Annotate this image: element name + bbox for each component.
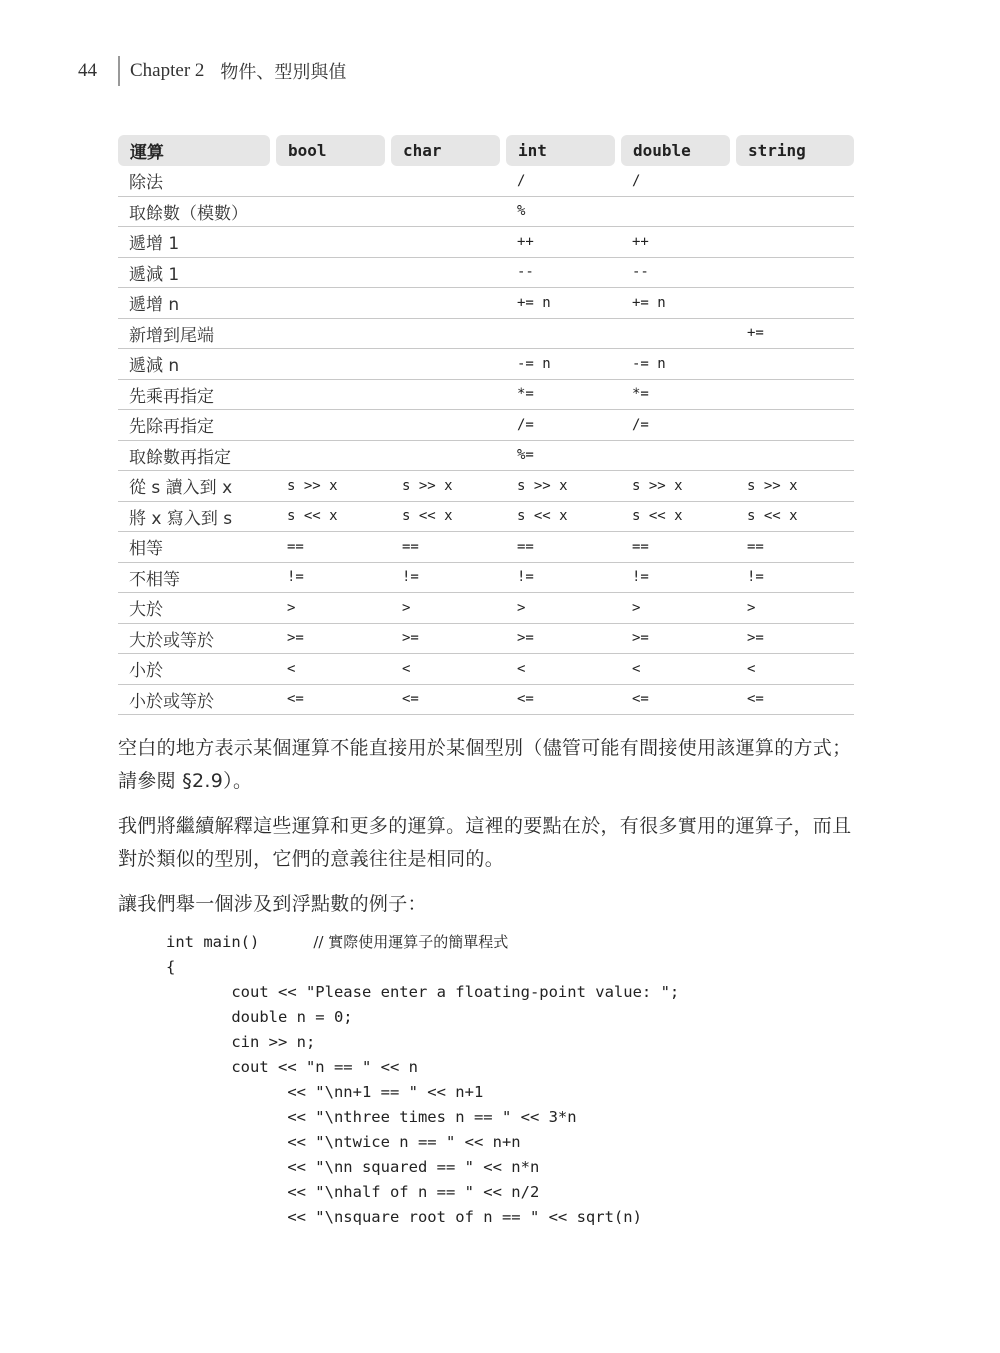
paragraph-more-operators: 我們將繼續解釋這些運算和更多的運算。這裡的要點在於，有很多實用的運算子，而且對於… bbox=[118, 810, 858, 876]
operator-cell: > bbox=[621, 593, 736, 624]
operator-cell: s >> x bbox=[391, 471, 506, 502]
operator-cell bbox=[736, 166, 854, 197]
operator-cell: != bbox=[736, 563, 854, 594]
operator-cell: += n bbox=[621, 288, 736, 319]
operator-cell bbox=[736, 349, 854, 380]
operation-name-cell: 遞增 n bbox=[118, 288, 276, 319]
operator-cell: >= bbox=[276, 624, 391, 655]
operator-cell bbox=[391, 288, 506, 319]
code-line: cout << "Please enter a floating-point v… bbox=[166, 980, 679, 1005]
operator-cell: s << x bbox=[506, 502, 621, 533]
operator-cell: ++ bbox=[621, 227, 736, 258]
operation-name-cell: 先除再指定 bbox=[118, 410, 276, 441]
operation-name-cell: 遞增 1 bbox=[118, 227, 276, 258]
table-row: 小於或等於<=<=<=<=<= bbox=[118, 685, 854, 716]
operator-cell: < bbox=[736, 654, 854, 685]
code-listing: int main() // 實際使用運算子的簡單程式 { cout << "Pl… bbox=[166, 930, 679, 1230]
operation-name-cell: 不相等 bbox=[118, 563, 276, 594]
column-header-string: string bbox=[736, 134, 854, 166]
operation-name-cell: 將 x 寫入到 s bbox=[118, 502, 276, 533]
operator-cell bbox=[276, 441, 391, 472]
operator-cell bbox=[276, 227, 391, 258]
operator-cell bbox=[391, 227, 506, 258]
operator-cell: *= bbox=[506, 380, 621, 411]
operator-cell bbox=[276, 258, 391, 289]
table-row: 取餘數（模數）% bbox=[118, 197, 854, 228]
code-line: << "\nn+1 == " << n+1 bbox=[166, 1080, 679, 1105]
column-header-int: int bbox=[506, 134, 621, 166]
operator-cell: %= bbox=[506, 441, 621, 472]
operator-cell bbox=[391, 349, 506, 380]
table-row: 遞減 1---- bbox=[118, 258, 854, 289]
operator-cell bbox=[276, 319, 391, 350]
operator-cell: -- bbox=[621, 258, 736, 289]
operator-cell bbox=[736, 380, 854, 411]
code-line: double n = 0; bbox=[166, 1005, 679, 1030]
column-header-double: double bbox=[621, 134, 736, 166]
code-line: << "\nsquare root of n == " << sqrt(n) bbox=[166, 1205, 679, 1230]
operator-cell: s >> x bbox=[506, 471, 621, 502]
operation-name-cell: 除法 bbox=[118, 166, 276, 197]
operator-cell: s << x bbox=[621, 502, 736, 533]
table-row: 新增到尾端+= bbox=[118, 319, 854, 350]
code-comment: // 實際使用運算子的簡單程式 bbox=[313, 930, 508, 955]
code-line: cin >> n; bbox=[166, 1030, 679, 1055]
operator-cell: s << x bbox=[276, 502, 391, 533]
operator-cell bbox=[621, 319, 736, 350]
column-header-bool: bool bbox=[276, 134, 391, 166]
operator-cell: <= bbox=[391, 685, 506, 716]
operator-cell: < bbox=[621, 654, 736, 685]
chapter-title: 物件、型別與值 bbox=[220, 58, 346, 84]
operator-cell bbox=[736, 258, 854, 289]
operation-name-cell: 遞減 1 bbox=[118, 258, 276, 289]
operator-cell bbox=[276, 197, 391, 228]
operator-cell: += n bbox=[506, 288, 621, 319]
operator-cell: / bbox=[621, 166, 736, 197]
operator-cell bbox=[736, 288, 854, 319]
operator-cell bbox=[736, 441, 854, 472]
operator-cell: >= bbox=[736, 624, 854, 655]
header-divider bbox=[118, 56, 120, 86]
code-line: { bbox=[166, 955, 679, 980]
table-row: 大於或等於>=>=>=>=>= bbox=[118, 624, 854, 655]
table-row: 大於>>>>> bbox=[118, 593, 854, 624]
operator-cell: <= bbox=[621, 685, 736, 716]
operator-cell bbox=[391, 441, 506, 472]
operator-cell bbox=[391, 166, 506, 197]
table-row: 遞增 n+= n+= n bbox=[118, 288, 854, 319]
operator-cell: != bbox=[621, 563, 736, 594]
operator-cell: -- bbox=[506, 258, 621, 289]
code-text: int main() bbox=[166, 930, 259, 955]
code-line: << "\nn squared == " << n*n bbox=[166, 1155, 679, 1180]
operator-cell: / bbox=[506, 166, 621, 197]
operation-name-cell: 新增到尾端 bbox=[118, 319, 276, 350]
code-line: << "\ntwice n == " << n+n bbox=[166, 1130, 679, 1155]
operator-cell: > bbox=[736, 593, 854, 624]
operator-cell bbox=[276, 166, 391, 197]
table-row: 小於<<<<< bbox=[118, 654, 854, 685]
operators-table: 運算 bool char int double string 除法//取餘數（模… bbox=[118, 134, 854, 715]
operator-cell: s >> x bbox=[736, 471, 854, 502]
operator-cell bbox=[276, 349, 391, 380]
operator-cell: != bbox=[506, 563, 621, 594]
operator-cell bbox=[736, 410, 854, 441]
operator-cell: += bbox=[736, 319, 854, 350]
chapter-label: Chapter 2 bbox=[130, 60, 204, 82]
table-row: 不相等!=!=!=!=!= bbox=[118, 563, 854, 594]
operator-cell: ++ bbox=[506, 227, 621, 258]
table-header-row: 運算 bool char int double string bbox=[118, 134, 854, 166]
table-row: 將 x 寫入到 ss << xs << xs << xs << xs << x bbox=[118, 502, 854, 533]
operator-cell: > bbox=[391, 593, 506, 624]
table-row: 從 s 讀入到 xs >> xs >> xs >> xs >> xs >> x bbox=[118, 471, 854, 502]
table-body: 除法//取餘數（模數）%遞增 1++++遞減 1----遞增 n+= n+= n… bbox=[118, 166, 854, 715]
operation-name-cell: 大於 bbox=[118, 593, 276, 624]
operator-cell bbox=[276, 410, 391, 441]
operator-cell: <= bbox=[506, 685, 621, 716]
operator-cell: <= bbox=[736, 685, 854, 716]
table-row: 除法// bbox=[118, 166, 854, 197]
operator-cell: == bbox=[736, 532, 854, 563]
operator-cell: /= bbox=[506, 410, 621, 441]
operator-cell bbox=[276, 288, 391, 319]
operator-cell: s >> x bbox=[621, 471, 736, 502]
operator-cell bbox=[276, 380, 391, 411]
operator-cell: <= bbox=[276, 685, 391, 716]
column-header-char: char bbox=[391, 134, 506, 166]
table-row: 先除再指定/=/= bbox=[118, 410, 854, 441]
operation-name-cell: 小於 bbox=[118, 654, 276, 685]
operation-name-cell: 小於或等於 bbox=[118, 685, 276, 716]
operator-cell: s << x bbox=[391, 502, 506, 533]
operator-cell: < bbox=[391, 654, 506, 685]
paragraph-example-intro: 讓我們舉一個涉及到浮點數的例子： bbox=[118, 888, 858, 921]
operation-name-cell: 從 s 讀入到 x bbox=[118, 471, 276, 502]
operator-cell: -= n bbox=[506, 349, 621, 380]
operator-cell: s << x bbox=[736, 502, 854, 533]
operator-cell bbox=[391, 319, 506, 350]
operator-cell: == bbox=[391, 532, 506, 563]
operator-cell bbox=[391, 380, 506, 411]
code-line: cout << "n == " << n bbox=[166, 1055, 679, 1080]
operation-name-cell: 相等 bbox=[118, 532, 276, 563]
code-line: << "\nhalf of n == " << n/2 bbox=[166, 1180, 679, 1205]
operator-cell: /= bbox=[621, 410, 736, 441]
operator-cell: > bbox=[506, 593, 621, 624]
operator-cell: *= bbox=[621, 380, 736, 411]
operator-cell: > bbox=[276, 593, 391, 624]
running-header: 44 Chapter 2 物件、型別與值 bbox=[78, 56, 346, 86]
operation-name-cell: 大於或等於 bbox=[118, 624, 276, 655]
table-row: 先乘再指定*=*= bbox=[118, 380, 854, 411]
code-line: int main() // 實際使用運算子的簡單程式 bbox=[166, 930, 679, 955]
operator-cell bbox=[621, 197, 736, 228]
operator-cell bbox=[391, 410, 506, 441]
operator-cell: == bbox=[621, 532, 736, 563]
operator-cell: -= n bbox=[621, 349, 736, 380]
operator-cell bbox=[391, 258, 506, 289]
operator-cell: s >> x bbox=[276, 471, 391, 502]
table-row: 相等========== bbox=[118, 532, 854, 563]
operator-cell: % bbox=[506, 197, 621, 228]
operator-cell bbox=[391, 197, 506, 228]
paragraph-blank-explanation: 空白的地方表示某個運算不能直接用於某個型別（儘管可能有間接使用該運算的方式；請參… bbox=[118, 732, 858, 798]
table-row: 遞減 n-= n-= n bbox=[118, 349, 854, 380]
operation-name-cell: 取餘數再指定 bbox=[118, 441, 276, 472]
operation-name-cell: 取餘數（模數） bbox=[118, 197, 276, 228]
operator-cell bbox=[506, 319, 621, 350]
operator-cell: != bbox=[391, 563, 506, 594]
operator-cell: != bbox=[276, 563, 391, 594]
operator-cell bbox=[736, 227, 854, 258]
table-row: 取餘數再指定%= bbox=[118, 441, 854, 472]
table-row: 遞增 1++++ bbox=[118, 227, 854, 258]
operation-name-cell: 先乘再指定 bbox=[118, 380, 276, 411]
operator-cell: == bbox=[506, 532, 621, 563]
operator-cell bbox=[736, 197, 854, 228]
operator-cell: >= bbox=[621, 624, 736, 655]
operator-cell: >= bbox=[506, 624, 621, 655]
operator-cell: == bbox=[276, 532, 391, 563]
operation-name-cell: 遞減 n bbox=[118, 349, 276, 380]
operator-cell bbox=[621, 441, 736, 472]
operator-cell: >= bbox=[391, 624, 506, 655]
column-header-operation: 運算 bbox=[118, 134, 276, 166]
operator-cell: < bbox=[276, 654, 391, 685]
code-line: << "\nthree times n == " << 3*n bbox=[166, 1105, 679, 1130]
page-number: 44 bbox=[78, 60, 110, 82]
operator-cell: < bbox=[506, 654, 621, 685]
